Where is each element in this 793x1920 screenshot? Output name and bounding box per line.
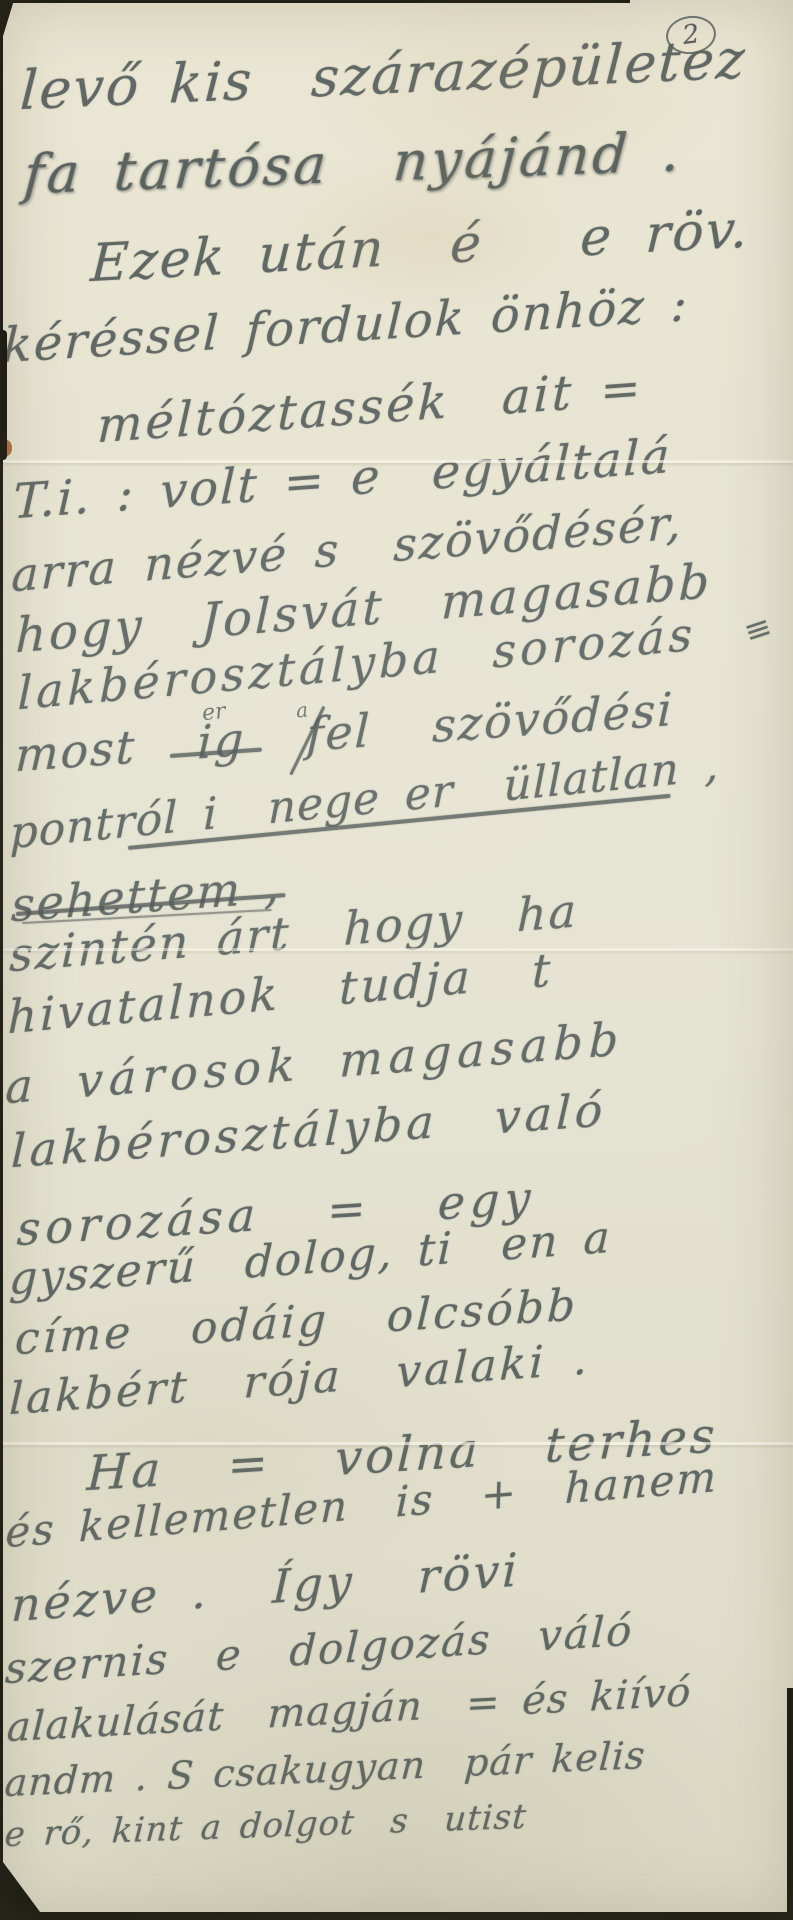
manuscript-page: 2 levő kis szárazépületez fa tartósa nyá… — [0, 0, 793, 1920]
insertion-text: a — [295, 697, 309, 722]
handwritten-line: fa tartósa nyájánd . — [22, 125, 684, 202]
scan-corner — [0, 1858, 46, 1920]
handwritten-line: e rő, kint a dolgot s utist — [4, 1800, 528, 1852]
fold-crease — [0, 1442, 793, 1445]
handwritten-line: Ezek után é e röv. — [89, 203, 751, 290]
scan-corner — [0, 0, 14, 46]
scan-edge-left — [0, 0, 3, 1920]
insertion-text: er — [201, 699, 227, 726]
scan-edge-bottom — [0, 1912, 793, 1920]
handwritten-line: nézve . Így rövi — [10, 1546, 520, 1628]
margin-mark: ≡ — [740, 610, 775, 649]
scan-edge-left — [0, 330, 7, 460]
fold-crease — [0, 460, 793, 463]
scan-edge-right — [787, 1688, 793, 1920]
fold-crease — [0, 948, 793, 951]
handwritten-line: levő kis szárazépületez — [19, 32, 749, 118]
scan-edge-top — [0, 0, 630, 3]
handwritten-line: kéréssel fordulok önhöz : — [2, 280, 690, 370]
